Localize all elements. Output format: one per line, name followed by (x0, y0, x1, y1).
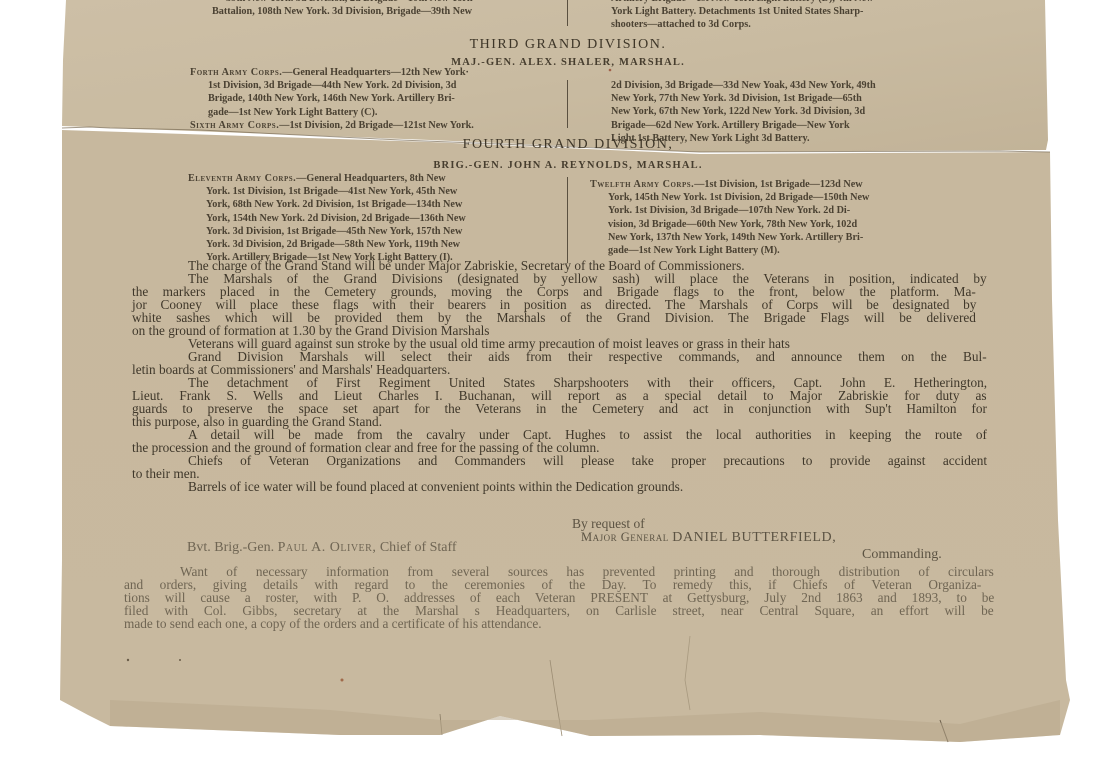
third-division-heading: THIRD GRAND DIVISION. (118, 37, 1018, 53)
text-line: York. 1st Division, 3d Brigade—107th New… (590, 204, 940, 217)
text-line: York Light Battery. Detachments 1st Unit… (611, 5, 936, 18)
corps-name: Sixth Army Corps. (190, 120, 279, 131)
text-line: New York, 137th New York, 149th New York… (590, 231, 940, 244)
document-paper: 39th New York. 3d Division, 2d Brigade—1… (0, 0, 1100, 757)
column-divider (567, 0, 568, 26)
chief-of-staff-line: Bvt. Brig.-Gen. Paul A. Oliver, Chief of… (187, 540, 457, 556)
text-line: 1st Division, 3d Brigade—44th New York. … (190, 79, 546, 92)
text-line: York. 3d Division, 1st Brigade—45th New … (188, 225, 546, 238)
fourth-division-marshal: BRIG.-GEN. JOHN A. REYNOLDS, MARSHAL. (118, 160, 1018, 171)
paragraph-line: Barrels of ice water will be found place… (188, 481, 683, 494)
text-line: Eleventh Army Corps.—General Headquarter… (188, 172, 546, 185)
text-line: gade—1st New York Light Battery (M). (590, 244, 940, 257)
text-line: gade—1st New York Light Battery (C). (190, 106, 546, 119)
text-line: Brigade—62d New York. Artillery Brigade—… (611, 119, 936, 132)
text-line: York. 1st Division, 1st Brigade—41st New… (188, 185, 546, 198)
staff-prefix: Bvt. Brig.-Gen. (187, 540, 274, 555)
corps-name: Twelfth Army Corps. (590, 179, 694, 190)
commander-title: Commanding. (862, 547, 942, 563)
commander-name: DANIEL BUTTERFIELD, (672, 530, 836, 545)
corps-name: Eleventh Army Corps. (188, 173, 296, 184)
text-line: Forth Army Corps.—General Headquarters—1… (190, 66, 546, 79)
text-line: shooters—attached to 3d Corps. (611, 18, 936, 31)
text-line: Twelfth Army Corps.—1st Division, 1st Br… (590, 178, 940, 191)
fourth-division-heading: FOURTH GRAND DIVISION, (118, 137, 1018, 153)
text-line: York, 145th New York. 1st Division, 2d B… (590, 191, 940, 204)
top-right-fragment: Artillery Brigade—1st New York Light Bat… (611, 0, 936, 32)
paragraph-line: Chiefs of Veteran Organizations and Comm… (188, 455, 987, 468)
text-line: Sixth Army Corps.—1st Division, 2d Briga… (190, 119, 546, 132)
commander-line: Major General DANIEL BUTTERFIELD, (581, 530, 836, 546)
text-line: York, 154th New York. 2d Division, 2d Br… (188, 212, 546, 225)
fourth-division-left-column: Eleventh Army Corps.—General Headquarter… (188, 172, 546, 264)
text-line: York, 68th New York. 2d Division, 1st Br… (188, 198, 546, 211)
paragraph-line: made to send each one, a copy of the ord… (124, 618, 542, 631)
text-line: vision, 3d Brigade—60th New York, 78th N… (590, 218, 940, 231)
text-line: Brigade, 140th New York, 146th New York.… (190, 92, 546, 105)
text-line: 2d Division, 3d Brigade—33d New Yoak, 43… (611, 79, 936, 92)
third-division-left-column: Forth Army Corps.—General Headquarters—1… (190, 66, 546, 132)
staff-name: Paul A. Oliver, (278, 540, 377, 555)
text-line: New York, 67th New York, 122d New York. … (611, 105, 936, 118)
corps-name: Forth Army Corps. (190, 67, 282, 78)
text-line: Battalion, 108th New York. 3d Division, … (212, 5, 546, 18)
column-divider (567, 80, 568, 128)
text-line: York. 3d Division, 2d Brigade—58th New Y… (188, 238, 546, 251)
top-left-fragment: 39th New York. 3d Division, 2d Brigade—1… (212, 0, 546, 18)
column-divider (567, 177, 568, 263)
text-line: New York, 77th New York. 3d Division, 1s… (611, 92, 936, 105)
commander-rank: Major General (581, 530, 669, 544)
fourth-division-right-column: Twelfth Army Corps.—1st Division, 1st Br… (590, 178, 940, 257)
staff-title: Chief of Staff (380, 540, 457, 555)
third-division-right-column: 2d Division, 3d Brigade—33d New Yoak, 43… (611, 79, 936, 145)
